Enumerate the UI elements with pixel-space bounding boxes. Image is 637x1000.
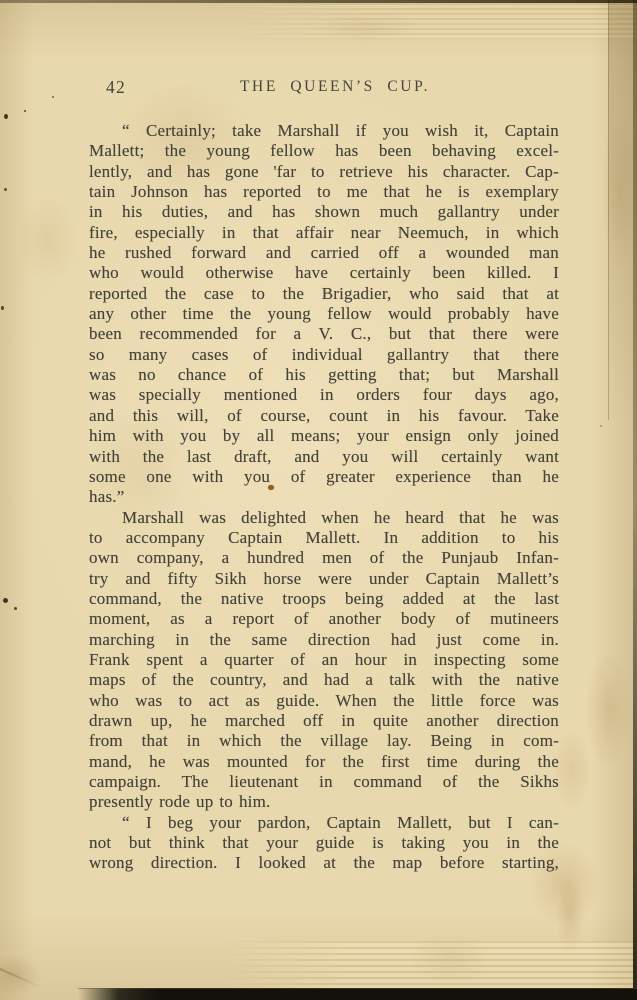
speck — [4, 114, 8, 119]
text-line: and this will, of course, count in his f… — [89, 406, 559, 426]
text-line: to accompany Captain Mallett. In additio… — [89, 528, 559, 548]
text-line: he rushed forward and carried off a woun… — [89, 243, 559, 263]
text-block: “ Certainly; take Marshall if you wish i… — [89, 121, 559, 874]
paragraph: “ I beg your pardon, Captain Mallett, bu… — [89, 813, 559, 874]
speck — [600, 425, 602, 427]
text-line: lently, and has gone 'far to retrieve hi… — [89, 162, 559, 182]
text-line: own company, a hundred men of the Punjau… — [89, 548, 559, 568]
text-line: him with you by all means; your ensign o… — [89, 426, 559, 446]
text-line: presently rode up to him. — [89, 792, 559, 812]
running-head: 42 THE QUEEN’S CUP. — [89, 76, 559, 98]
text-line: moment, as a report of another body of m… — [89, 609, 559, 629]
speck — [4, 188, 7, 191]
text-line: has.” — [89, 487, 559, 507]
text-line: Marshall was delighted when he heard tha… — [89, 508, 559, 528]
text-line: some one with you of greater experience … — [89, 467, 559, 487]
book-page-scan: 42 THE QUEEN’S CUP. “ Certainly; take Ma… — [0, 0, 637, 1000]
text-line: reported the case to the Brigadier, who … — [89, 284, 559, 304]
text-line: been recommended for a V. C., but that t… — [89, 324, 559, 344]
running-title: THE QUEEN’S CUP. — [100, 78, 570, 96]
text-line: command, the native troops being added a… — [89, 589, 559, 609]
speck — [3, 598, 8, 603]
text-line: who would otherwise have certainly been … — [89, 263, 559, 283]
speck — [24, 110, 26, 112]
text-line: maps of the country, and had a talk with… — [89, 670, 559, 690]
text-line: Frank spent a quarter of an hour in insp… — [89, 650, 559, 670]
text-line: tain Johnson has reported to me that he … — [89, 182, 559, 202]
speck — [1, 306, 4, 310]
paragraph: Marshall was delighted when he heard tha… — [89, 508, 559, 813]
text-line: try and fifty Sikh horse were under Capt… — [89, 569, 559, 589]
text-line: drawn up, he marched off in quite anothe… — [89, 711, 559, 731]
text-line: was specially mentioned in orders four d… — [89, 385, 559, 405]
text-line: who was to act as guide. When the little… — [89, 691, 559, 711]
text-line: wrong direction. I looked at the map bef… — [89, 853, 559, 873]
text-line: “ I beg your pardon, Captain Mallett, bu… — [89, 813, 559, 833]
scan-edge-top — [0, 0, 637, 3]
speck — [52, 96, 54, 98]
text-line: fire, especially in that affair near Nee… — [89, 223, 559, 243]
text-line: not but think that your guide is taking … — [89, 833, 559, 853]
text-line: so many cases of individual gallantry th… — [89, 345, 559, 365]
text-line: any other time the young fellow would pr… — [89, 304, 559, 324]
text-line: marching in the same direction had just … — [89, 630, 559, 650]
text-line: “ Certainly; take Marshall if you wish i… — [89, 121, 559, 141]
text-line: in his duties, and has shown much gallan… — [89, 202, 559, 222]
text-line: from that in which the village lay. Bein… — [89, 731, 559, 751]
text-line: Mallett; the young fellow has been behav… — [89, 141, 559, 161]
scan-edge-bottom — [78, 988, 637, 1000]
text-line: was no chance of his getting that; but M… — [89, 365, 559, 385]
text-line: campaign. The lieutenant in command of t… — [89, 772, 559, 792]
text-line: mand, he was mounted for the first time … — [89, 752, 559, 772]
text-line: with the last draft, and you will certai… — [89, 447, 559, 467]
paragraph: “ Certainly; take Marshall if you wish i… — [89, 121, 559, 508]
speck — [14, 607, 17, 610]
scan-edge-right — [633, 0, 637, 1000]
